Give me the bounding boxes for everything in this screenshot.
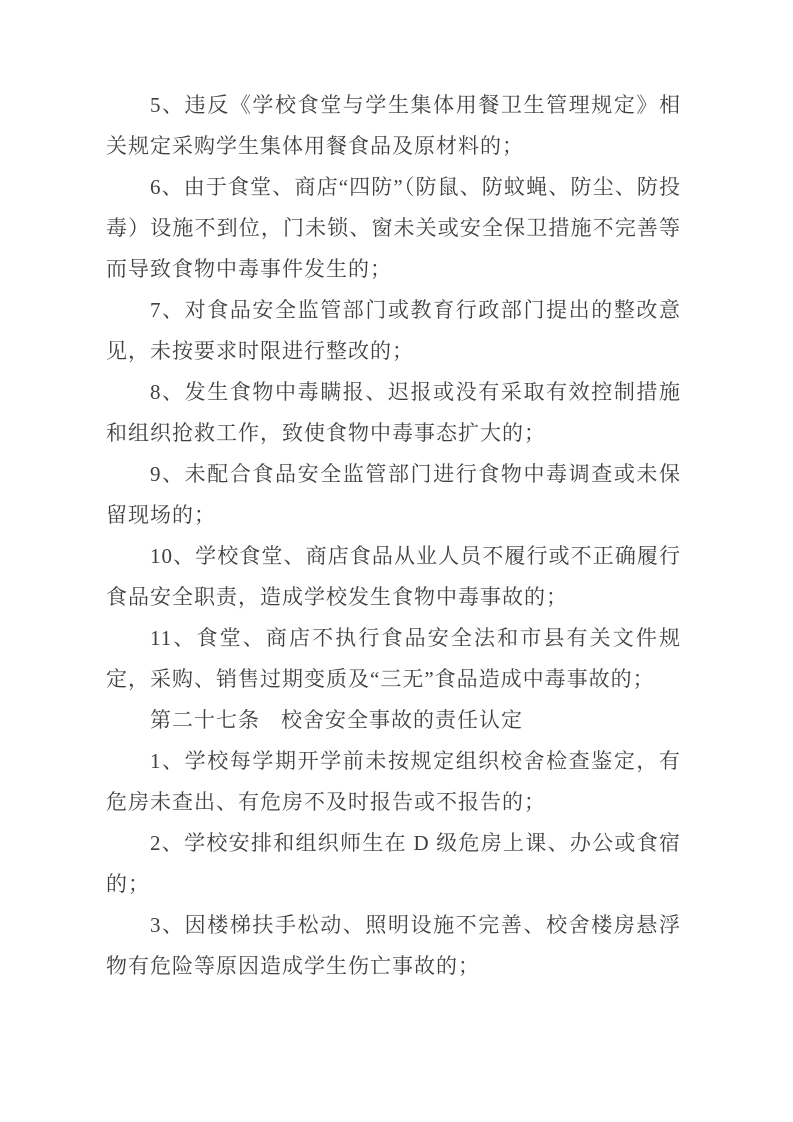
document-page: 5、违反《学校食堂与学生集体用餐卫生管理规定》相关规定采购学生集体用餐食品及原材… bbox=[0, 0, 793, 1122]
article-title: 校舍安全事故的责任认定 bbox=[281, 708, 523, 732]
food-safety-item-9: 9、未配合食品安全监管部门进行食物中毒调查或未保留现场的； bbox=[106, 454, 681, 536]
article-27-heading: 第二十七条校舍安全事故的责任认定 bbox=[106, 700, 681, 741]
food-safety-item-11: 11、食堂、商店不执行食品安全法和市县有关文件规定，采购、销售过期变质及“三无”… bbox=[106, 618, 681, 700]
food-safety-item-8: 8、发生食物中毒瞒报、迟报或没有采取有效控制措施和组织抢救工作，致使食物中毒事态… bbox=[106, 372, 681, 454]
building-safety-item-2: 2、学校安排和组织师生在 D 级危房上课、办公或食宿的； bbox=[106, 823, 681, 905]
food-safety-item-6: 6、由于食堂、商店“四防”（防鼠、防蚊蝇、防尘、防投毒）设施不到位，门未锁、窗未… bbox=[106, 167, 681, 290]
article-number: 第二十七条 bbox=[150, 708, 260, 732]
building-safety-item-1: 1、学校每学期开学前未按规定组织校舍检查鉴定，有危房未查出、有危房不及时报告或不… bbox=[106, 741, 681, 823]
document-body: 5、违反《学校食堂与学生集体用餐卫生管理规定》相关规定采购学生集体用餐食品及原材… bbox=[106, 85, 681, 987]
building-safety-item-3: 3、因楼梯扶手松动、照明设施不完善、校舍楼房悬浮物有危险等原因造成学生伤亡事故的… bbox=[106, 905, 681, 987]
food-safety-item-7: 7、对食品安全监管部门或教育行政部门提出的整改意见，未按要求时限进行整改的； bbox=[106, 290, 681, 372]
food-safety-item-10: 10、学校食堂、商店食品从业人员不履行或不正确履行食品安全职责，造成学校发生食物… bbox=[106, 536, 681, 618]
food-safety-item-5: 5、违反《学校食堂与学生集体用餐卫生管理规定》相关规定采购学生集体用餐食品及原材… bbox=[106, 85, 681, 167]
